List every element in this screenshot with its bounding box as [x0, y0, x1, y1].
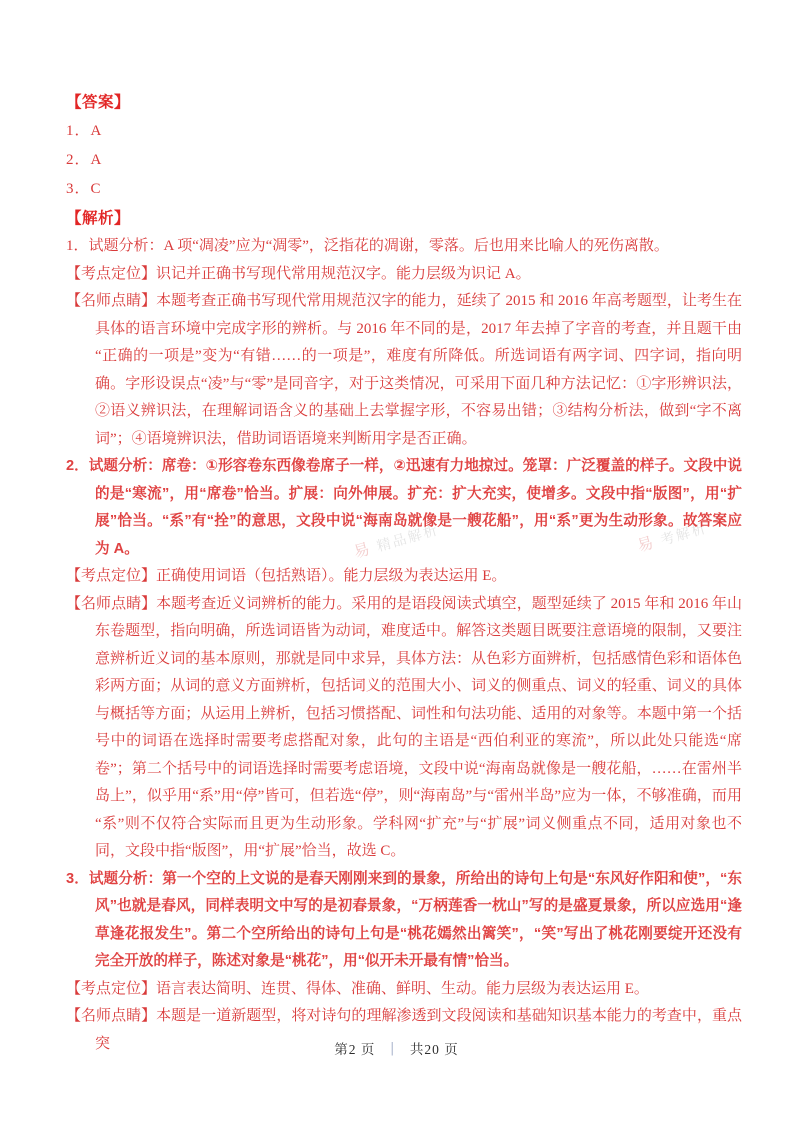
question1-key-point-paragraph: 【考点定位】识记并正确书写现代常用规范汉字。能力层级为识记 A。 [66, 261, 742, 289]
answers-header: 【答案】 [66, 88, 742, 117]
question3-analysis-paragraph: 3．试题分析：第一个空的上文说的是春天刚刚来到的景象，所给出的诗句上句是“东风好… [66, 866, 742, 976]
page-footer: 第2 页｜共20 页 [0, 1038, 793, 1058]
answer-item-3: 3．C [66, 175, 742, 204]
answer-item-2: 2．A [66, 146, 742, 175]
answer-item-1: 1．A [66, 117, 742, 146]
footer-separator: ｜ [385, 1042, 400, 1057]
question1-analysis-paragraph: 1．试题分析：A 项“凋凌”应为“凋零”，泛指花的凋谢，零落。后也用来比喻人的死… [66, 233, 742, 261]
document-page: 易 精品解析 易 考解析 【答案】 1．A 2．A 3．C 【解析】 1．试题分… [0, 0, 793, 1122]
question2-teacher-tip-paragraph: 【名师点睛】本题考查近义词辨析的能力。采用的是语段阅读式填空，题型延续了 201… [66, 591, 742, 866]
question1-teacher-tip-paragraph: 【名师点睛】本题考查正确书写现代常用规范汉字的能力，延续了 2015 和 201… [66, 288, 742, 453]
question2-analysis-paragraph: 2．试题分析：席卷：①形容卷东西像卷席子一样，②迅速有力地掠过。笼罩：广泛覆盖的… [66, 453, 742, 563]
analysis-header: 【解析】 [66, 204, 742, 233]
footer-current-page: 第2 页 [334, 1042, 375, 1057]
document-content: 【答案】 1．A 2．A 3．C 【解析】 1．试题分析：A 项“凋凌”应为“凋… [66, 88, 742, 1058]
question3-key-point-paragraph: 【考点定位】语言表达简明、连贯、得体、准确、鲜明、生动。能力层级为表达运用 E。 [66, 976, 742, 1004]
footer-total-pages: 共20 页 [410, 1042, 459, 1057]
question2-key-point-paragraph: 【考点定位】正确使用词语（包括熟语）。能力层级为表达运用 E。 [66, 563, 742, 591]
